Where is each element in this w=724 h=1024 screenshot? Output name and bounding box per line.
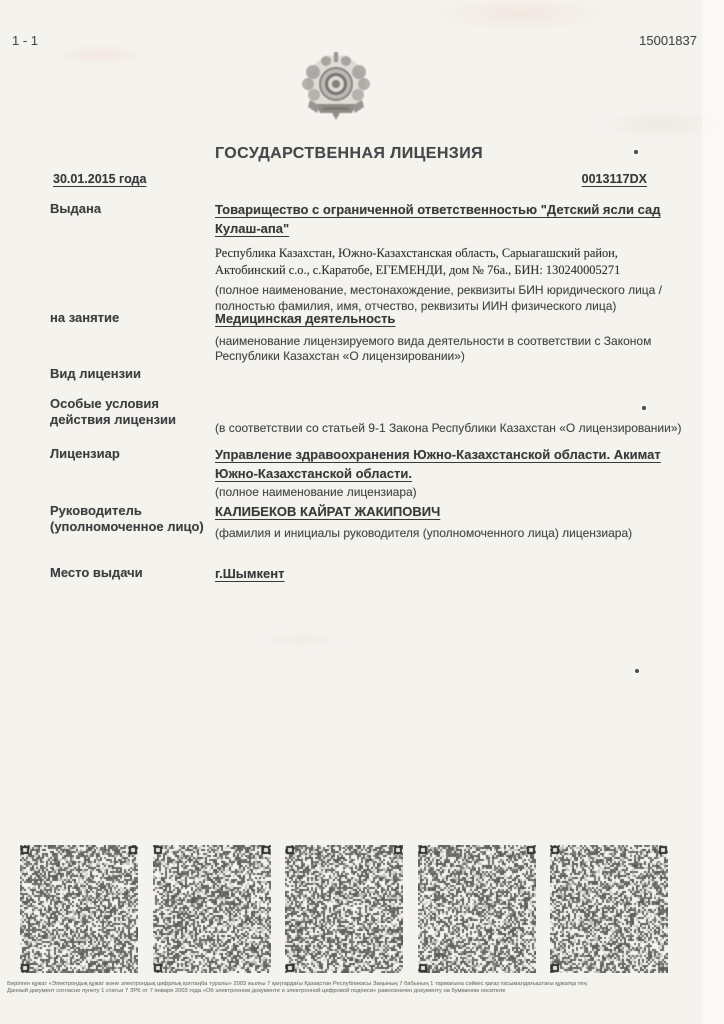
field-label: Руководитель (уполномоченное лицо) (50, 503, 215, 535)
field-license-type: Вид лицензии (50, 366, 690, 382)
head-name: КАЛИБЕКОВ КАЙРАТ ЖАКИПОВИЧ (215, 503, 690, 522)
scan-dot-artifact (635, 669, 639, 673)
field-value-group: (в соответствии со статьей 9-1 Закона Ре… (215, 396, 690, 437)
signature-barcode (153, 845, 271, 973)
field-activity: на занятие Медицинская деятельность (наи… (50, 310, 690, 365)
doc-code: 15001837 (639, 33, 697, 48)
signature-barcode (20, 845, 138, 973)
field-note: (в соответствии со статьей 9-1 Закона Ре… (215, 421, 690, 437)
field-value-group: Товарищество с ограниченной ответственно… (215, 201, 690, 314)
field-value-group: г.Шымкент (215, 565, 690, 584)
field-head: Руководитель (уполномоченное лицо) КАЛИБ… (50, 503, 690, 541)
kazakhstan-coat-of-arms-icon (296, 49, 376, 123)
licensee-address: Республика Казахстан, Южно-Казахстанская… (215, 245, 690, 278)
field-label: Выдана (50, 201, 215, 217)
field-label: Лицензиар (50, 446, 215, 462)
activity-name: Медицинская деятельность (215, 310, 690, 329)
scanned-license-page: 1 - 1 15001837 ГОСУДАРСТВЕННАЯ ЛИЦЕНЗИЯ … (0, 0, 724, 1024)
legal-footer-line-kk: Берілген құжат «Электрондық құжат және э… (7, 981, 717, 988)
field-value-group: КАЛИБЕКОВ КАЙРАТ ЖАКИПОВИЧ (фамилия и ин… (215, 503, 690, 541)
legal-footer: Берілген құжат «Электрондық құжат және э… (7, 981, 717, 995)
field-issue-place: Место выдачи г.Шымкент (50, 565, 690, 584)
signature-barcode (418, 845, 536, 973)
field-note: (фамилия и инициалы руководителя (уполно… (215, 526, 690, 542)
licensor-name: Управление здравоохранения Южно-Казахста… (215, 446, 690, 483)
field-label: Место выдачи (50, 565, 215, 581)
signature-barcode-strip (20, 845, 668, 973)
signature-barcode (285, 845, 403, 973)
licensee-name: Товарищество с ограниченной ответственно… (215, 201, 690, 238)
issue-date: 30.01.2015 года (53, 172, 146, 186)
field-note: (полное наименование лицензиара) (215, 485, 690, 501)
field-value-group: Управление здравоохранения Южно-Казахста… (215, 446, 690, 501)
field-note: (наименование лицензируемого вида деятел… (215, 334, 690, 365)
signature-barcode (550, 845, 668, 973)
field-special-conditions: Особые условия действия лицензии (в соот… (50, 396, 690, 437)
issue-place-value: г.Шымкент (215, 565, 690, 584)
scan-dot-artifact (642, 406, 646, 410)
legal-footer-line-ru: Данный документ согласно пункту 1 статьи… (7, 988, 717, 995)
field-label: на занятие (50, 310, 215, 326)
page-marker: 1 - 1 (12, 33, 38, 48)
field-issued-to: Выдана Товарищество с ограниченной ответ… (50, 201, 690, 314)
field-label: Особые условия действия лицензии (50, 396, 215, 428)
field-value-group: Медицинская деятельность (наименование л… (215, 310, 690, 365)
document-title: ГОСУДАРСТВЕННАЯ ЛИЦЕНЗИЯ (0, 145, 724, 163)
field-label: Вид лицензии (50, 366, 215, 382)
field-licensor: Лицензиар Управление здравоохранения Южн… (50, 446, 690, 501)
scan-dot-artifact (634, 150, 638, 154)
license-number: 0013117DX (582, 172, 647, 186)
